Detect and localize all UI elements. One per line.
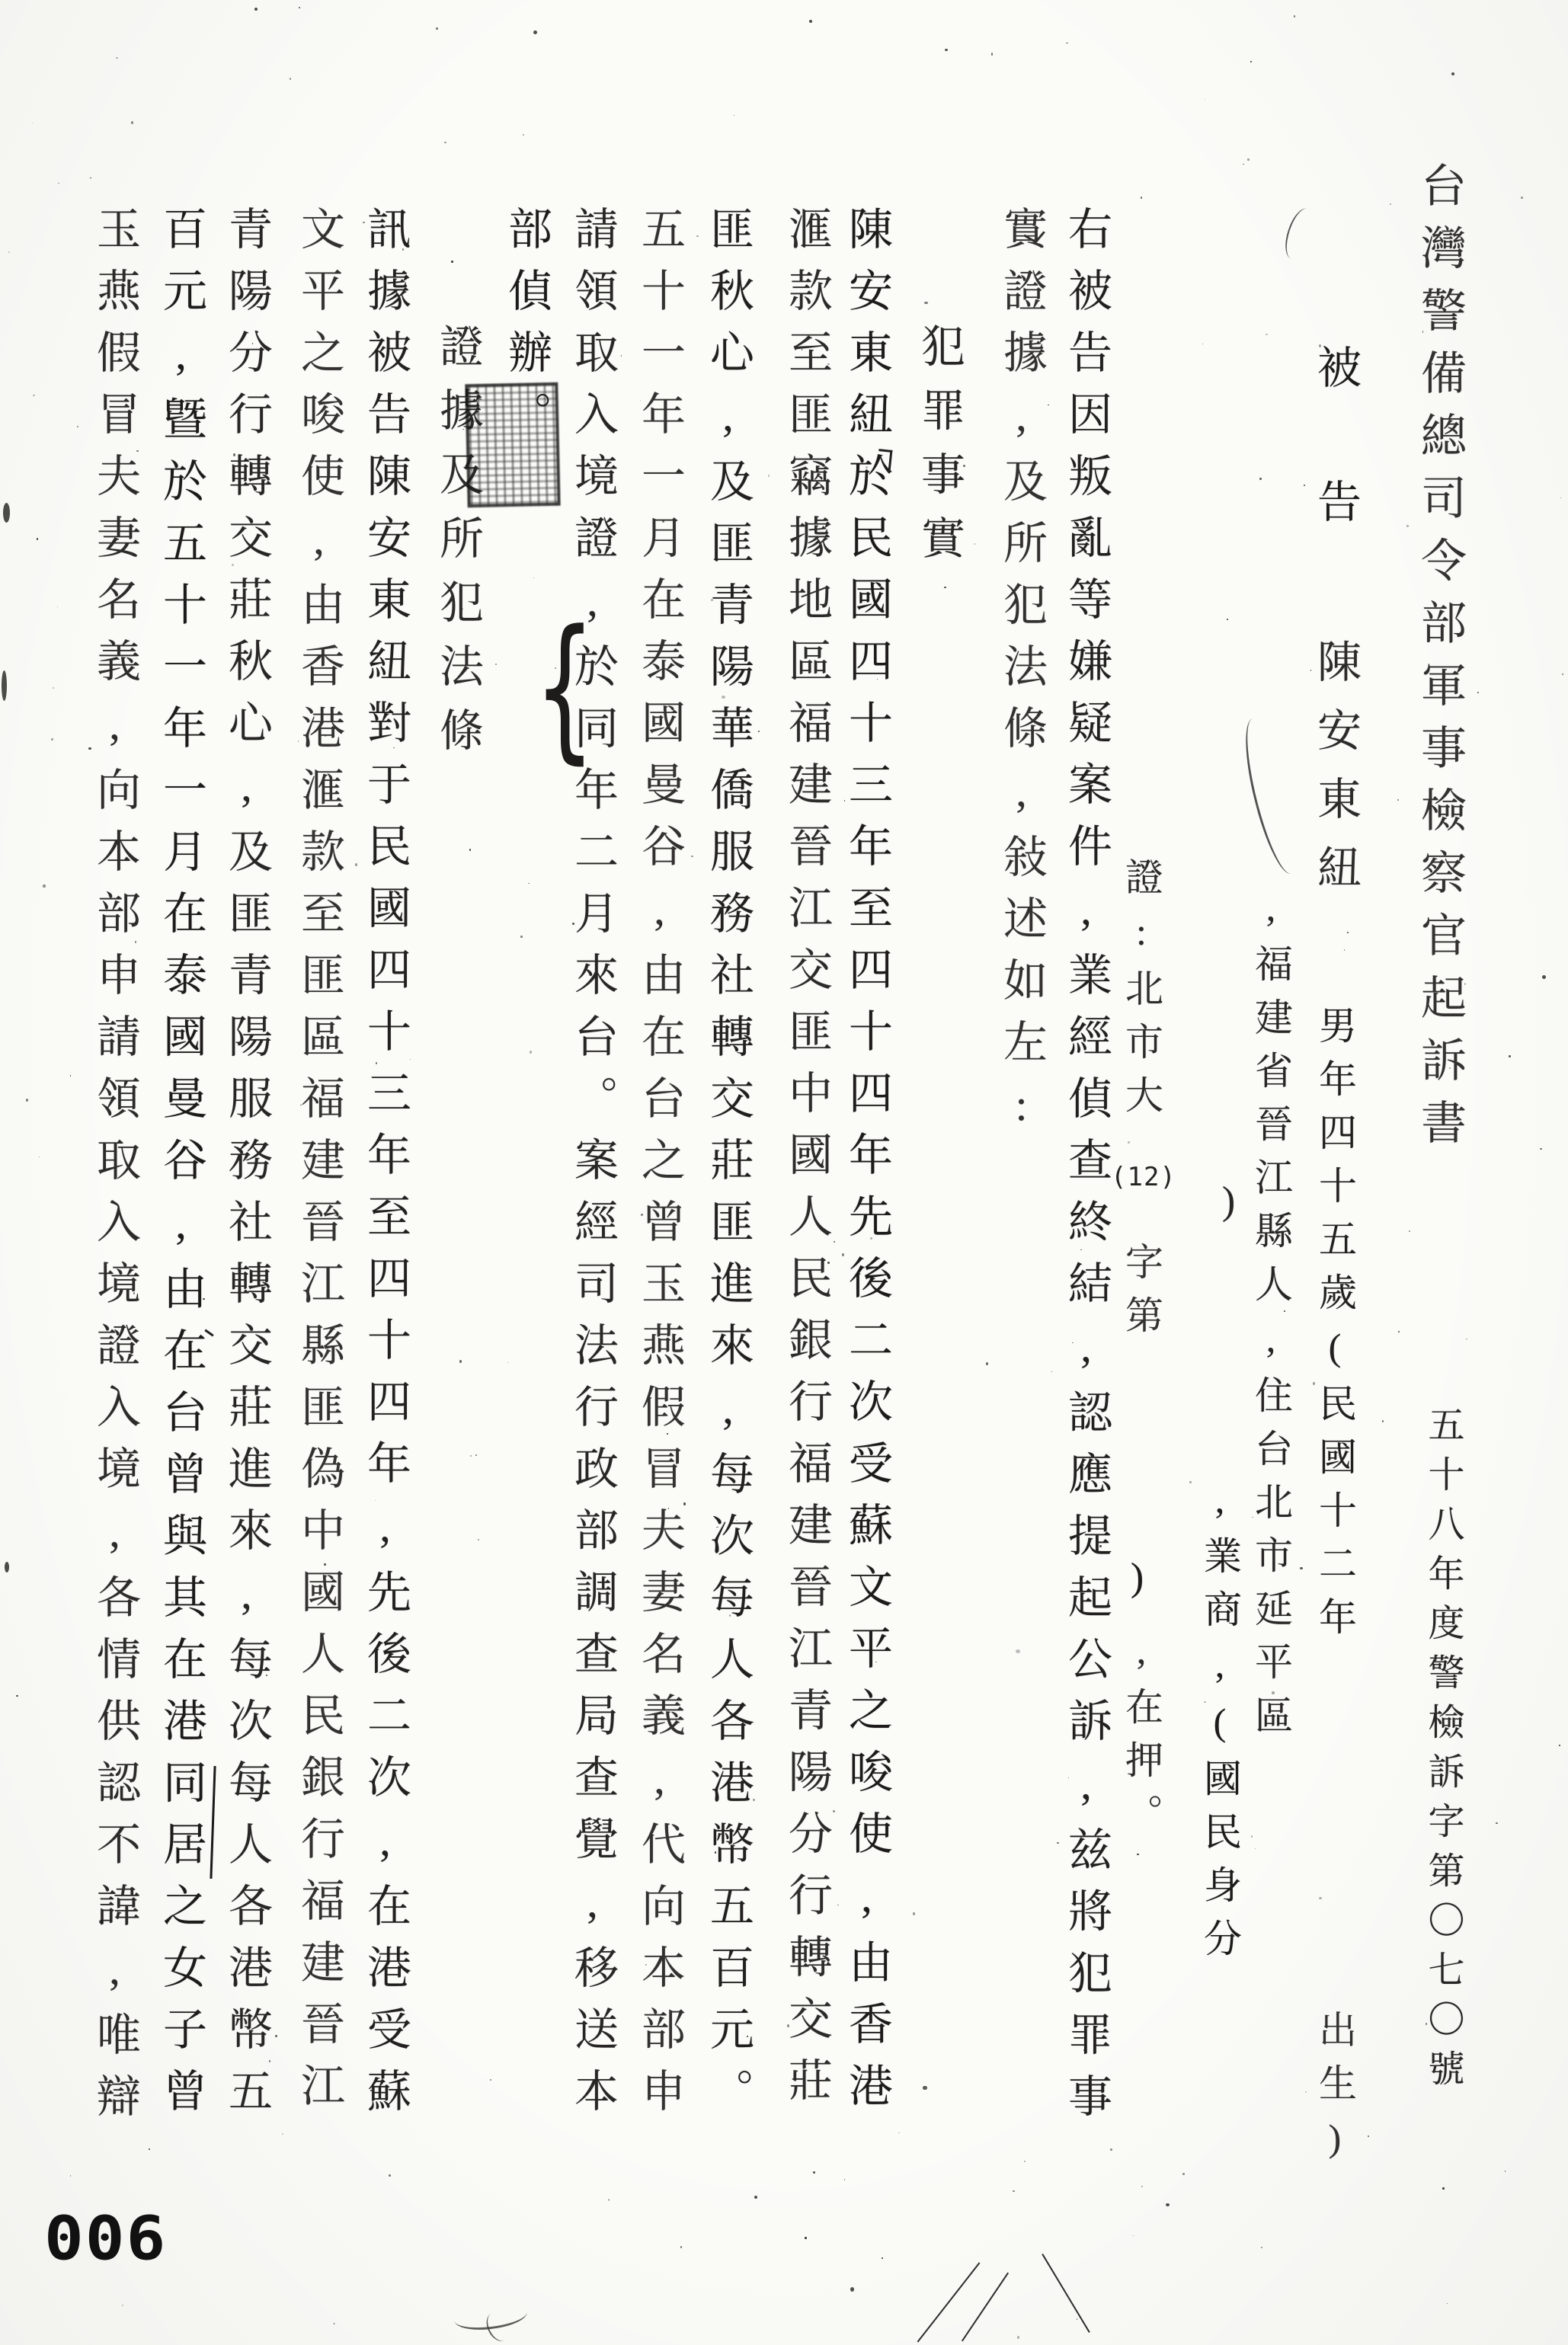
noise-speck xyxy=(1182,2173,1185,2175)
noise-speck xyxy=(898,2132,900,2134)
noise-speck xyxy=(1205,99,1205,101)
noise-speck xyxy=(1540,1148,1542,1150)
page-number: 006 xyxy=(44,2209,167,2269)
insertion-hook-mark xyxy=(877,449,893,472)
noise-speck xyxy=(33,395,35,396)
noise-speck xyxy=(479,398,481,400)
noise-speck xyxy=(355,863,357,866)
noise-speck xyxy=(469,849,472,851)
noise-speck xyxy=(90,178,91,178)
noise-speck xyxy=(1048,405,1049,405)
noise-speck xyxy=(233,453,235,456)
noise-speck xyxy=(1017,2336,1019,2339)
noise-speck xyxy=(1466,1339,1467,1340)
text-column-defendant-info-job: ,業商,(國民身分 xyxy=(1201,1478,1239,1972)
noise-speck xyxy=(944,587,946,588)
noise-speck xyxy=(1319,1897,1322,1899)
noise-blotch xyxy=(1166,2203,1170,2206)
noise-speck xyxy=(1368,2135,1369,2137)
noise-speck xyxy=(842,1253,844,1256)
noise-speck xyxy=(1447,2303,1448,2304)
text-column-defendant-name: 陳安東紐 xyxy=(1313,638,1357,913)
noise-speck xyxy=(334,2323,334,2324)
noise-speck xyxy=(375,1500,376,1501)
noise-speck xyxy=(621,355,622,356)
fold-mark xyxy=(917,2262,981,2342)
noise-speck xyxy=(77,426,79,427)
noise-speck xyxy=(1013,2190,1015,2192)
noise-speck xyxy=(32,123,34,123)
noise-speck xyxy=(768,475,770,476)
text-column-stray-paren-2: ) xyxy=(1117,1556,1157,1614)
noise-speck xyxy=(1426,2023,1427,2025)
noise-speck xyxy=(470,1455,472,1457)
noise-speck xyxy=(812,1346,814,1348)
noise-speck xyxy=(572,923,574,925)
noise-speck xyxy=(275,2035,277,2037)
noise-speck xyxy=(1344,949,1345,950)
noise-speck xyxy=(747,2036,747,2036)
pen-arc-mark xyxy=(1280,205,1320,263)
noise-speck xyxy=(963,465,965,467)
noise-speck xyxy=(1496,1822,1498,1824)
noise-speck xyxy=(51,738,53,740)
text-column-title: 台灣警備總司令部軍事檢察官起訴書 xyxy=(1417,162,1463,1161)
text-column-facts-4: 五十一年一月在泰國曼谷,由在台之曾玉燕假冒夫妻名義,代向本部申 xyxy=(637,206,681,2129)
noise-speck xyxy=(1509,1055,1511,1057)
noise-speck xyxy=(640,400,642,401)
noise-speck xyxy=(1016,1649,1020,1653)
noise-speck xyxy=(490,2079,491,2081)
noise-speck xyxy=(324,1563,326,1566)
noise-speck xyxy=(43,885,45,887)
noise-speck xyxy=(393,747,394,748)
noise-speck xyxy=(533,577,534,578)
noise-speck xyxy=(1133,2235,1134,2236)
noise-speck xyxy=(1137,1854,1139,1855)
noise-speck xyxy=(389,2174,391,2177)
noise-speck xyxy=(1300,1567,1302,1569)
pen-arc-mark xyxy=(1235,714,1308,878)
noise-speck xyxy=(870,1237,872,1240)
noise-speck xyxy=(1464,983,1467,985)
text-column-facts-1: 陳安東紐於民國四十三年至四十四年先後二次受蘇文平之唆使,由香港 xyxy=(844,206,888,2124)
noise-speck xyxy=(1141,197,1143,199)
noise-speck xyxy=(1559,1745,1561,1746)
scanned-indictment-page: 台灣警備總司令部軍事檢察官起訴書五十八年度警檢訴字第〇七〇號被 告陳安東紐男年四… xyxy=(0,0,1568,2345)
noise-speck xyxy=(475,1454,477,1456)
insertion-tick-mark xyxy=(204,1329,213,1337)
text-column-preamble-2: 實證據,及所犯法條,敍述如左: xyxy=(999,206,1043,1147)
noise-blotch xyxy=(2,670,7,701)
noise-speck xyxy=(1141,2186,1143,2187)
noise-speck xyxy=(149,2148,149,2149)
noise-speck xyxy=(410,1059,411,1060)
noise-speck xyxy=(1305,2091,1307,2093)
noise-speck xyxy=(106,1797,107,1798)
noise-speck xyxy=(8,251,10,253)
noise-speck xyxy=(1272,1691,1274,1694)
noise-speck xyxy=(461,608,463,610)
noise-speck xyxy=(234,2089,236,2091)
noise-speck xyxy=(39,1157,40,1157)
noise-speck xyxy=(833,1810,835,1812)
noise-speck xyxy=(608,2199,610,2201)
noise-speck xyxy=(1442,2187,1444,2190)
noise-speck xyxy=(866,466,868,469)
noise-speck xyxy=(715,1851,717,1854)
noise-speck xyxy=(923,2086,926,2090)
noise-speck xyxy=(203,1298,204,1300)
noise-speck xyxy=(924,302,928,305)
noise-blotch xyxy=(5,1562,9,1572)
noise-speck xyxy=(844,2179,845,2180)
noise-speck xyxy=(70,2175,72,2177)
text-column-facts-2: 滙款至匪竊據地區福建晉江交匪中國人民銀行福建晉江青陽分行轉交莊 xyxy=(784,206,828,2119)
noise-speck xyxy=(1284,1310,1285,1311)
noise-speck xyxy=(1382,1420,1384,1422)
text-column-evidence-3: 青陽分行轉交莊秋心,及匪青陽服務社轉交莊進來,每次每人各港幣五 xyxy=(224,206,268,2129)
noise-speck xyxy=(1250,61,1252,62)
noise-speck xyxy=(299,7,300,8)
noise-speck xyxy=(1255,1848,1256,1849)
noise-blotch xyxy=(99,1920,103,1924)
noise-speck xyxy=(1560,497,1561,499)
noise-speck xyxy=(1397,799,1399,801)
noise-blotch xyxy=(3,503,10,523)
noise-speck xyxy=(722,696,725,699)
noise-speck xyxy=(813,2171,815,2174)
text-column-defendant-info-origin: ,福建省晉江縣人,住台北市延平區 xyxy=(1252,886,1290,1748)
noise-speck xyxy=(837,1905,839,1906)
noise-speck xyxy=(436,27,437,30)
noise-speck xyxy=(26,1099,28,1102)
text-column-defendant-id-b: 字第 xyxy=(1122,1242,1160,1348)
text-column-facts-5: 請領取入境證,於同年二月來台。案經司法行政部調查局查覺,移送本 xyxy=(570,206,614,2129)
noise-speck xyxy=(1066,43,1067,44)
noise-speck xyxy=(328,1592,330,1593)
noise-speck xyxy=(1477,692,1479,693)
noise-speck xyxy=(370,2090,371,2091)
noise-speck xyxy=(16,1695,18,1697)
text-column-evidence-2: 文平之唆使,由香港滙款至匪區福建晉江縣匪偽中國人民銀行福建晉江 xyxy=(296,206,341,2124)
noise-speck xyxy=(1259,478,1262,480)
noise-speck xyxy=(1505,2171,1506,2172)
noise-speck xyxy=(1189,1481,1192,1483)
noise-speck xyxy=(290,78,292,80)
noise-speck xyxy=(1406,525,1409,527)
illegible-stamp xyxy=(465,382,560,508)
noise-speck xyxy=(753,1799,755,1801)
noise-speck xyxy=(588,1785,590,1787)
noise-speck xyxy=(1313,1382,1315,1385)
noise-speck xyxy=(1251,1835,1253,1838)
noise-speck xyxy=(683,1502,686,1505)
noise-blotch xyxy=(1451,72,1454,75)
fold-mark xyxy=(1042,2254,1090,2333)
noise-speck xyxy=(334,1214,336,1216)
noise-speck xyxy=(834,1241,835,1243)
noise-speck xyxy=(1319,344,1321,347)
noise-speck xyxy=(1562,673,1563,675)
noise-speck xyxy=(974,543,975,544)
noise-speck xyxy=(451,261,453,262)
noise-speck xyxy=(696,235,699,237)
noise-speck xyxy=(680,2246,682,2248)
text-column-evidence-5: 玉燕假冒夫妻名義,向本部申請領取入境證入境,各情供認不諱,唯辯 xyxy=(92,206,136,2135)
noise-speck xyxy=(1347,932,1349,933)
text-column-evidence-1: 訊據被告陳安東紐對于民國四十三年至四十四年,先後二次,在港受蘇 xyxy=(363,206,407,2129)
noise-speck xyxy=(1110,2148,1112,2151)
noise-speck xyxy=(523,134,524,136)
text-column-defendant-custody: ,在押。 xyxy=(1122,1629,1160,1847)
noise-speck xyxy=(478,1539,479,1540)
noise-speck xyxy=(507,1362,509,1363)
text-column-evidence-4: 百元,曁於五十一年一月在泰國曼谷,由在台曾與其在港同居之女子曾 xyxy=(158,206,203,2129)
noise-blotch xyxy=(1542,975,1546,979)
noise-speck xyxy=(70,1075,72,1077)
noise-blotch xyxy=(533,30,537,34)
noise-speck xyxy=(882,2257,882,2258)
noise-speck xyxy=(827,363,830,365)
noise-speck xyxy=(1398,1331,1400,1332)
emphasis-line-mark xyxy=(210,1766,216,1879)
noise-speck xyxy=(363,222,365,223)
noise-speck xyxy=(691,856,693,857)
noise-speck xyxy=(1431,1880,1432,1882)
noise-speck xyxy=(269,2060,271,2062)
noise-speck xyxy=(1409,1230,1410,1232)
noise-speck xyxy=(1227,619,1228,620)
noise-speck xyxy=(1077,2318,1078,2319)
noise-speck xyxy=(122,2305,123,2306)
text-column-defendant-info-born: 出生) xyxy=(1316,2010,1354,2174)
text-column-facts-3: 匪秋心,及匪青陽華僑服務社轉交莊匪進來,每次每人各港幣五百元。 xyxy=(706,206,750,2129)
noise-speck xyxy=(37,538,39,540)
noise-speck xyxy=(57,606,58,607)
text-column-section-heading-facts: 犯罪事實 xyxy=(917,323,961,579)
noise-speck xyxy=(986,1362,988,1365)
text-column-defendant-label: 被 告 xyxy=(1313,344,1357,545)
noise-speck xyxy=(282,2133,283,2135)
noise-speck xyxy=(1521,197,1523,199)
noise-speck xyxy=(1057,1842,1059,1844)
noise-speck xyxy=(1128,1141,1130,1143)
noise-speck xyxy=(131,121,133,124)
noise-speck xyxy=(991,53,993,55)
noise-speck xyxy=(1074,1896,1076,1898)
noise-speck xyxy=(864,1512,865,1513)
noise-speck xyxy=(850,2287,854,2292)
noise-speck xyxy=(734,115,734,116)
noise-speck xyxy=(1247,158,1249,161)
noise-speck xyxy=(758,731,760,732)
noise-blotch xyxy=(809,20,812,23)
text-column-defendant-id-a: 證:北市大 xyxy=(1122,857,1160,1128)
noise-speck xyxy=(528,883,530,885)
text-column-stray-paren-1: ) xyxy=(1208,1179,1248,1238)
noise-speck xyxy=(1390,203,1390,205)
noise-speck xyxy=(1294,15,1295,17)
noise-speck xyxy=(58,183,59,184)
noise-speck xyxy=(1024,2161,1026,2162)
noise-blotch xyxy=(945,49,948,51)
noise-speck xyxy=(913,1912,915,1915)
noise-speck xyxy=(1083,2049,1085,2051)
noise-speck xyxy=(520,936,523,938)
noise-speck xyxy=(1266,334,1268,335)
noise-speck xyxy=(1051,1371,1052,1372)
text-column-case-number: 五十八年度警檢訴字第〇七〇號 xyxy=(1424,1406,1461,2099)
noise-speck xyxy=(495,664,497,665)
text-column-preamble-1: 右被告因叛亂等嫌疑案件,業經偵查終結,認應提起公訴,兹將犯罪事 xyxy=(1064,206,1108,2135)
noise-speck xyxy=(1202,344,1203,344)
correction-brace-mark: { xyxy=(534,600,596,776)
noise-speck xyxy=(444,142,446,144)
fold-mark xyxy=(962,2273,1009,2342)
text-column-defendant-info-age: 男年四十五歲(民國十二年 xyxy=(1316,1006,1354,1650)
noise-speck xyxy=(805,2237,807,2239)
noise-speck xyxy=(530,1051,532,1054)
noise-blotch xyxy=(754,2196,757,2199)
noise-speck xyxy=(53,687,54,689)
noise-blotch xyxy=(254,8,258,11)
noise-speck xyxy=(736,1520,737,1521)
text-column-defendant-id-number: (12) xyxy=(1111,1164,1176,1190)
noise-speck xyxy=(1304,485,1305,486)
noise-speck xyxy=(1243,164,1244,165)
noise-speck xyxy=(459,1360,462,1363)
noise-speck xyxy=(1261,2247,1262,2248)
noise-speck xyxy=(116,57,117,59)
